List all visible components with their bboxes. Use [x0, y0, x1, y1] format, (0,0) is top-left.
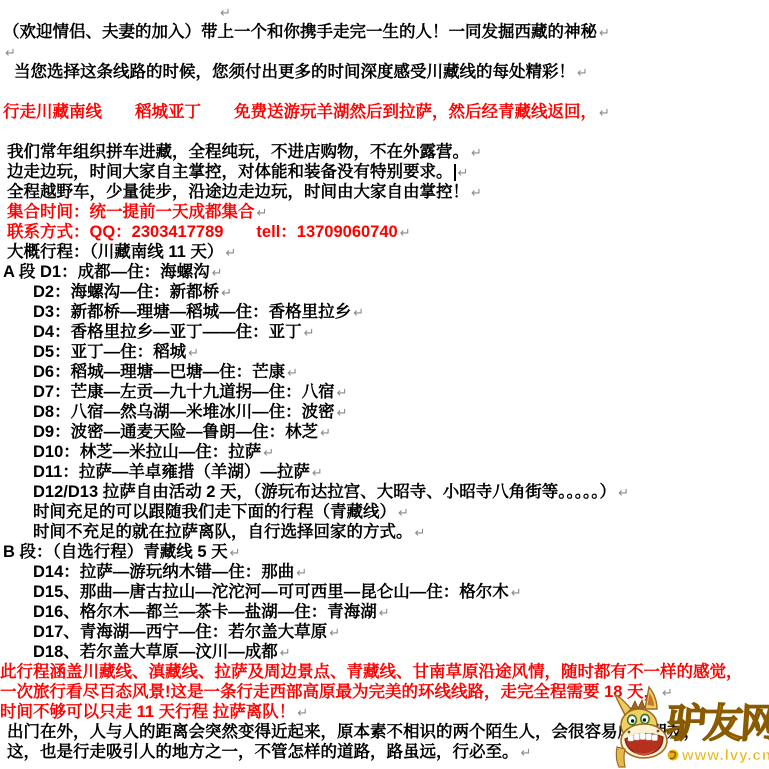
paragraph-mark-icon: ↵ — [337, 386, 348, 401]
paragraph-mark-icon: ↵ — [471, 186, 482, 201]
paragraph-text: D2：海螺沟—住：新都桥 — [33, 283, 219, 301]
paragraph-line: A 段 D1：成都—住：海螺沟↵ — [3, 262, 769, 282]
paragraph-line: D18、若尔盖大草原—汶川—成都↵ — [33, 642, 769, 662]
paragraph-mark-icon: ↵ — [188, 346, 199, 361]
paragraph-line: 大概行程：（川藏南线 11 天）↵ — [7, 242, 769, 262]
paragraph-mark-icon: ↵ — [398, 506, 409, 521]
paragraph-mark-icon: ↵ — [662, 686, 673, 701]
empty-paragraph: ↵ — [3, 42, 769, 62]
paragraph-mark-icon: ↵ — [304, 326, 315, 341]
paragraph-text: D11：拉萨—羊卓雍措（羊湖）—拉萨 — [33, 463, 310, 481]
paragraph-line: 全程越野车，少量徒步，沿途边走边玩，时间由大家自由掌控！↵ — [7, 182, 769, 202]
paragraph-line: B 段：（自选行程）青藏线 5 天↵ — [3, 542, 769, 562]
paragraph-mark-icon: ↵ — [379, 606, 390, 621]
paragraph-text: D3：新都桥—理塘—稻城—住：香格里拉乡 — [33, 303, 351, 321]
paragraph-line: D8：八宿—然乌湖—米堆冰川—住：波密↵ — [33, 402, 769, 422]
paragraph-text: 我们常年组织拼车进藏，全程纯玩，不进店购物，不在外露营。 — [7, 143, 469, 161]
paragraph-text: D4：香格里拉乡—亚丁——住：亚丁 — [33, 323, 302, 341]
paragraph-text: 这，也是行走吸引人的地方之一，不管怎样的道路，路虽远，行必至。 — [7, 743, 519, 761]
paragraph-mark-icon: ↵ — [400, 226, 411, 241]
paragraph-text: D12/D13 拉萨自由活动 2 天，（游玩布达拉宫、大昭寺、小昭寺八角街等。。… — [33, 483, 616, 501]
paragraph-line: 时间不充足的就在拉萨离队，自行选择回家的方式。↵ — [33, 522, 769, 542]
paragraph-line: D12/D13 拉萨自由活动 2 天，（游玩布达拉宫、大昭寺、小昭寺八角街等。。… — [33, 482, 769, 502]
paragraph-line: 行走川藏南线 稻城亚丁 免费送游玩羊湖然后到拉萨，然后经青藏线返回，↵ — [3, 102, 769, 122]
paragraph-line: D4：香格里拉乡—亚丁——住：亚丁↵ — [33, 322, 769, 342]
paragraph-line: 时间充足的可以跟随我们走下面的行程（青藏线）↵ — [33, 502, 769, 522]
paragraph-text: D6：稻城—理塘—巴塘—住：芒康 — [33, 363, 285, 381]
paragraph-text: D17、青海湖—西宁—住：若尔盖大草原 — [33, 623, 327, 641]
paragraph-text: 时间不够可以只走 11 天行程 拉萨离队！ — [0, 703, 295, 721]
paragraph-text: 行走川藏南线 稻城亚丁 免费送游玩羊湖然后到拉萨，然后经青藏线返回， — [3, 103, 597, 121]
paragraph-mark-icon: ↵ — [458, 166, 469, 181]
paragraph-mark-icon: ↵ — [320, 426, 331, 441]
paragraph-mark-icon: ↵ — [415, 526, 426, 541]
paragraph-text: B 段：（自选行程）青藏线 5 天 — [3, 543, 228, 561]
paragraph-text: 大概行程：（川藏南线 11 天） — [7, 243, 223, 261]
document-page: { "colors": { "text_red": "#ff0000", "te… — [0, 0, 769, 769]
text-cursor[interactable] — [454, 164, 456, 181]
paragraph-line: D3：新都桥—理塘—稻城—住：香格里拉乡↵ — [33, 302, 769, 322]
paragraph-line: 联系方式：QQ：2303417789 tell：13709060740↵ — [7, 222, 769, 242]
paragraph-mark-icon: ↵ — [221, 286, 232, 301]
empty-paragraph — [3, 82, 769, 102]
paragraph-mark-icon: ↵ — [220, 6, 231, 21]
paragraph-line: 当您选择这条线路的时候，您须付出更多的时间深度感受川藏线的每处精彩！↵ — [14, 62, 769, 82]
paragraph-text: D7：芒康—左贡—九十九道拐—住：八宿 — [33, 383, 335, 401]
empty-paragraph — [3, 122, 769, 142]
paragraph-mark-icon: ↵ — [230, 546, 241, 561]
paragraph-text: （欢迎情侣、夫妻的加入）带上一个和你携手走完一生的人！一同发掘西藏的神秘 — [3, 23, 597, 41]
paragraph-text: D14：拉萨—游玩纳木错—住：那曲 — [33, 563, 294, 581]
paragraph-mark-icon: ↵ — [618, 486, 629, 501]
paragraph-line: D5：亚丁—住：稻城↵ — [33, 342, 769, 362]
paragraph-text: 出门在外，人与人的距离会突然变得近起来，原本素不相识的两个陌生人，会很容易成为朋… — [7, 723, 700, 741]
paragraph-line: 时间不够可以只走 11 天行程 拉萨离队！↵ — [0, 702, 769, 722]
paragraph-text: D8：八宿—然乌湖—米堆冰川—住：波密 — [33, 403, 335, 421]
paragraph-text: 集合时间：统一提前一天成都集合 — [7, 203, 255, 221]
paragraph-mark-icon: ↵ — [280, 646, 291, 661]
paragraph-mark-icon: ↵ — [599, 26, 610, 41]
paragraph-text: 当您选择这条线路的时候，您须付出更多的时间深度感受川藏线的每处精彩！ — [14, 63, 575, 81]
paragraph-line: 此行程涵盖川藏线、滇藏线、拉萨及周边景点、青藏线、甘南草原沿途风情，随时都有不一… — [0, 662, 769, 682]
paragraph-mark-icon: ↵ — [577, 66, 588, 81]
paragraph-line: D15、那曲—唐古拉山—沱沱河—可可西里—昆仑山—住：格尔木↵ — [33, 582, 769, 602]
paragraph-mark-icon: ↵ — [353, 306, 364, 321]
paragraph-line: D2：海螺沟—住：新都桥↵ — [33, 282, 769, 302]
paragraph-line: 我们常年组织拼车进藏，全程纯玩，不进店购物，不在外露营。↵ — [7, 142, 769, 162]
paragraph-mark-icon: ↵ — [212, 266, 223, 281]
empty-paragraph: ↵ — [218, 2, 769, 22]
paragraph-text: D9：波密—通麦天险—鲁朗—住：林芝 — [33, 423, 318, 441]
paragraph-line: D9：波密—通麦天险—鲁朗—住：林芝↵ — [33, 422, 769, 442]
paragraph-text: A 段 D1：成都—住：海螺沟 — [3, 263, 210, 281]
paragraph-line: D14：拉萨—游玩纳木错—住：那曲↵ — [33, 562, 769, 582]
paragraph-text: 此行程涵盖川藏线、滇藏线、拉萨及周边景点、青藏线、甘南草原沿途风情，随时都有不一… — [0, 663, 743, 681]
paragraph-text: D18、若尔盖大草原—汶川—成都 — [33, 643, 278, 661]
paragraph-mark-icon: ↵ — [225, 246, 236, 261]
paragraph-text: 联系方式：QQ：2303417789 tell：13709060740 — [7, 223, 398, 241]
paragraph-mark-icon: ↵ — [296, 566, 307, 581]
paragraph-text: 时间充足的可以跟随我们走下面的行程（青藏线） — [33, 503, 396, 521]
paragraph-text: 时间不充足的就在拉萨离队，自行选择回家的方式。 — [33, 523, 413, 541]
paragraph-mark-icon: ↵ — [263, 446, 274, 461]
paragraph-mark-icon: ↵ — [511, 586, 522, 601]
paragraph-line: 一次旅行看尽百态风景!这是一条行走西部高原最为完美的环线线路，走完全程需要 18… — [0, 682, 769, 702]
paragraph-text: D16、格尔木—都兰—茶卡—盐湖—住：青海湖 — [33, 603, 377, 621]
paragraph-text: 全程越野车，少量徒步，沿途边走边玩，时间由大家自由掌控！ — [7, 183, 469, 201]
paragraph-line: 边走边玩，时间大家自主掌控，对体能和装备没有特别要求。↵ — [7, 162, 769, 182]
paragraph-text: D15、那曲—唐古拉山—沱沱河—可可西里—昆仑山—住：格尔木 — [33, 583, 509, 601]
paragraph-line: D17、青海湖—西宁—住：若尔盖大草原↵ — [33, 622, 769, 642]
paragraph-line: D7：芒康—左贡—九十九道拐—住：八宿↵ — [33, 382, 769, 402]
paragraph-line: （欢迎情侣、夫妻的加入）带上一个和你携手走完一生的人！一同发掘西藏的神秘↵ — [3, 22, 769, 42]
paragraph-mark-icon: ↵ — [471, 146, 482, 161]
paragraph-line: 这，也是行走吸引人的地方之一，不管怎样的道路，路虽远，行必至。↵ — [7, 742, 769, 762]
paragraph-line: D10：林芝—米拉山—住：拉萨↵ — [33, 442, 769, 462]
paragraph-mark-icon: ↵ — [257, 206, 268, 221]
paragraph-line: 出门在外，人与人的距离会突然变得近起来，原本素不相识的两个陌生人，会很容易成为朋… — [7, 722, 769, 742]
paragraph-text: 一次旅行看尽百态风景!这是一条行走西部高原最为完美的环线线路，走完全程需要 18… — [0, 683, 660, 701]
paragraph-mark-icon: ↵ — [312, 466, 323, 481]
paragraph-mark-icon: ↵ — [337, 406, 348, 421]
paragraph-mark-icon: ↵ — [297, 706, 308, 721]
paragraph-mark-icon: ↵ — [329, 626, 340, 641]
paragraph-text: D10：林芝—米拉山—住：拉萨 — [33, 443, 261, 461]
paragraph-text: 边走边玩，时间大家自主掌控，对体能和装备没有特别要求。 — [7, 163, 453, 181]
paragraph-mark-icon: ↵ — [599, 106, 610, 121]
paragraph-mark-icon: ↵ — [287, 366, 298, 381]
paragraph-mark-icon: ↵ — [5, 46, 16, 61]
document-body: ↵（欢迎情侣、夫妻的加入）带上一个和你携手走完一生的人！一同发掘西藏的神秘↵↵当… — [0, 2, 769, 762]
paragraph-mark-icon: ↵ — [521, 746, 532, 761]
paragraph-line: 集合时间：统一提前一天成都集合↵ — [7, 202, 769, 222]
paragraph-line: D16、格尔木—都兰—茶卡—盐湖—住：青海湖↵ — [33, 602, 769, 622]
paragraph-text: D5：亚丁—住：稻城 — [33, 343, 186, 361]
paragraph-line: D11：拉萨—羊卓雍措（羊湖）—拉萨↵ — [33, 462, 769, 482]
paragraph-line: D6：稻城—理塘—巴塘—住：芒康↵ — [33, 362, 769, 382]
